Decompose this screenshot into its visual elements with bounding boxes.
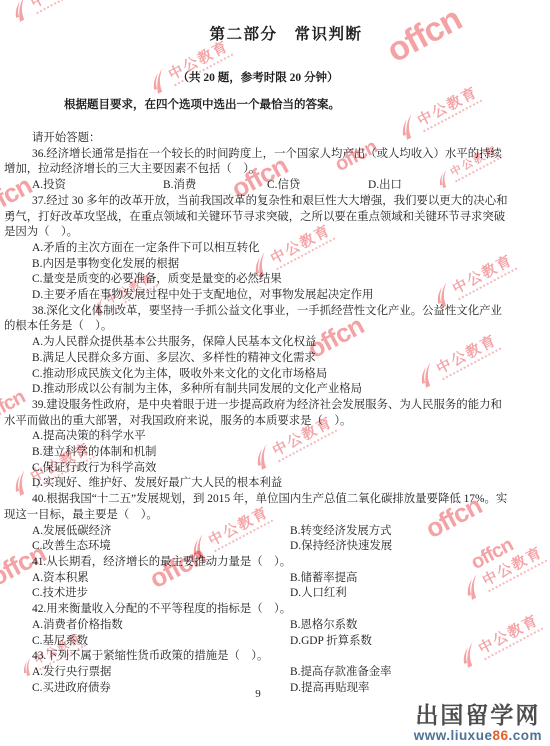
option-a: A.投资 — [32, 178, 163, 194]
option-a: A.提高决策的科学水平 — [32, 429, 512, 445]
options-row: A.消费者价格指数B.恩格尔系数 — [32, 618, 512, 634]
option-d: D.保持经济快速发展 — [290, 539, 392, 555]
options-row: A.发展低碳经济B.转变经济发展方式 — [32, 524, 512, 540]
option-b: B.建立科学的体制和机制 — [32, 445, 512, 461]
options-row: C.改善生态环境D.保持经济快速发展 — [32, 539, 512, 555]
section-title: 第二部分 常识判断 — [4, 26, 512, 44]
question-text: 43.下列不属于紧缩性货币政策的措施是（ ）。 — [4, 649, 512, 665]
option-a: A.矛盾的主次方面在一定条件下可以相互转化 — [32, 241, 512, 257]
document-content: 第二部分 常识判断 （共 20 题，参考时限 20 分钟） 根据题目要求，在四个… — [4, 0, 512, 696]
option-b: B.满足人民群众多方面、多层次、多样性的精神文化需求 — [32, 351, 512, 367]
option-a: A.为人民群众提供基本公共服务，保障人民基本文化权益 — [32, 335, 512, 351]
question-text: 36.经济增长通常是指在一个较长的时间跨度上，一个国家人均产出（或人均收入）水平… — [4, 147, 512, 178]
options-row: C.基尼系数D.GDP 折算系数 — [32, 634, 512, 650]
question-text: 39.建设服务性政府，是中央着眼于进一步提高政府为经济社会发展服务、为人民服务的… — [4, 398, 512, 429]
question-41: 41.从长期看，经济增长的最主要推动力量是（ ）。 A.资本积累B.储蓄率提高 … — [4, 555, 512, 602]
document-page: 第二部分 常识判断 （共 20 题，参考时限 20 分钟） 根据题目要求，在四个… — [0, 0, 550, 746]
question-text: 41.从长期看，经济增长的最主要推动力量是（ ）。 — [4, 555, 512, 571]
site-logo: 出国留学网 www.liuxue86.com — [414, 703, 542, 743]
site-url-number: 86 — [492, 728, 508, 743]
option-b: B.提高存款准备金率 — [290, 665, 392, 681]
start-prompt: 请开始答题： — [4, 131, 512, 147]
option-b: B.储蓄率提高 — [290, 571, 357, 587]
options-row: A.资本积累B.储蓄率提高 — [32, 571, 512, 587]
question-text: 42.用来衡量收入分配的不平等程度的指标是（ ）。 — [4, 602, 512, 618]
option-a: A.发行央行票据 — [32, 665, 290, 681]
options-row: A.投资B.消费C.信贷D.出口 — [32, 178, 512, 194]
option-a: A.发展低碳经济 — [32, 524, 290, 540]
option-c: C.保证行政行为科学高效 — [32, 461, 512, 477]
question-42: 42.用来衡量收入分配的不平等程度的指标是（ ）。 A.消费者价格指数B.恩格尔… — [4, 602, 512, 649]
site-name: 出国留学网 — [414, 703, 542, 728]
site-url-prefix: www.liuxue — [414, 728, 493, 743]
question-38: 38.深化文化体制改革，要坚持一手抓公益文化事业，一手抓经营性文化产业。公益性文… — [4, 304, 512, 398]
option-c: C.推动形成民族文化为主体，吸收外来文化的文化市场格局 — [32, 367, 512, 383]
question-39: 39.建设服务性政府，是中央着眼于进一步提高政府为经济社会发展服务、为人民服务的… — [4, 398, 512, 492]
option-b: B.恩格尔系数 — [290, 618, 357, 634]
options-row: A.发行央行票据B.提高存款准备金率 — [32, 665, 512, 681]
option-d: D.GDP 折算系数 — [290, 634, 372, 650]
option-c: C.量变是质变的必要准备，质变是量变的必然结果 — [32, 272, 512, 288]
site-url-suffix: .com — [508, 728, 542, 743]
option-b: B.转变经济发展方式 — [290, 524, 392, 540]
page-number: 9 — [0, 688, 516, 700]
option-d: D.人口红利 — [290, 586, 347, 602]
option-c: C.技术进步 — [32, 586, 290, 602]
option-b: B.消费 — [163, 178, 267, 194]
question-count-note: （共 20 题，参考时限 20 分钟） — [4, 71, 512, 85]
options-row: C.技术进步D.人口红利 — [32, 586, 512, 602]
option-d: D.主要矛盾在事物发展过程中处于支配地位，对事物发展起决定作用 — [32, 288, 512, 304]
option-c: C.信贷 — [267, 178, 368, 194]
option-b: B.内因是事物变化发展的根据 — [32, 257, 512, 273]
question-37: 37.经过 30 多年的改革开放，当前我国改革的复杂性和艰巨性大大增强，我们要以… — [4, 194, 512, 304]
option-d: D.出口 — [368, 178, 402, 194]
answer-instruction: 根据题目要求，在四个选项中选出一个最恰当的答案。 — [64, 98, 512, 112]
question-text: 37.经过 30 多年的改革开放，当前我国改革的复杂性和艰巨性大大增强，我们要以… — [4, 194, 512, 241]
question-36: 36.经济增长通常是指在一个较长的时间跨度上，一个国家人均产出（或人均收入）水平… — [4, 147, 512, 194]
option-a: A.资本积累 — [32, 571, 290, 587]
question-text: 40.根据我国“十二五”发展规划，到 2015 年，单位国内生产总值二氧化碳排放… — [4, 492, 512, 523]
question-40: 40.根据我国“十二五”发展规划，到 2015 年，单位国内生产总值二氧化碳排放… — [4, 492, 512, 555]
question-text: 38.深化文化体制改革，要坚持一手抓公益文化事业，一手抓经营性文化产业。公益性文… — [4, 304, 512, 335]
option-c: C.基尼系数 — [32, 634, 290, 650]
site-url: www.liuxue86.com — [414, 728, 542, 743]
option-a: A.消费者价格指数 — [32, 618, 290, 634]
option-d: D.实现好、维护好、发展好最广大人民的根本利益 — [32, 476, 512, 492]
option-c: C.改善生态环境 — [32, 539, 290, 555]
option-d: D.推动形成以公有制为主体，多种所有制共同发展的文化产业格局 — [32, 382, 512, 398]
